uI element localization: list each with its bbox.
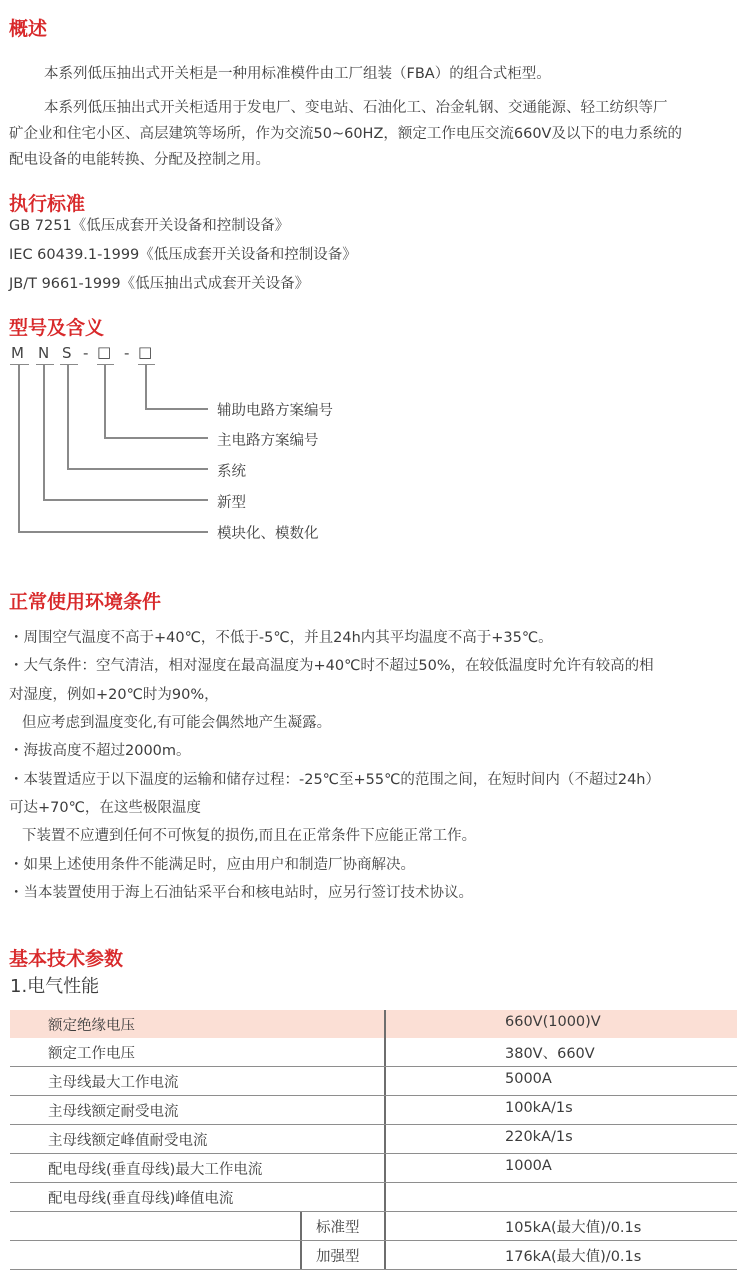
condition-line: ・周围空气温度不高于+40℃，不低于-5℃，并且24h内其平均温度不高于+35℃…	[9, 628, 553, 648]
model-code-diagram: M N S - □ - □ 辅助电路方案编号 主电路方案编号 系统 新型 模块化…	[0, 0, 750, 600]
column-divider	[384, 1010, 386, 1038]
row-label: 主母线最大工作电流	[48, 1071, 179, 1092]
underline	[36, 364, 54, 365]
condition-line: 下装置不应遭到任何不可恢复的损伤,而且在正常条件下应能正常工作。	[22, 826, 476, 846]
sub-column-divider	[300, 1241, 302, 1269]
params-subtitle: 1.电气性能	[10, 972, 99, 998]
condition-line: ・如果上述使用条件不能满足时，应由用户和制造厂协商解决。	[9, 855, 415, 875]
overview-heading: 概述	[9, 14, 47, 41]
table-row: 配电母线(垂直母线)峰值电流	[10, 1183, 737, 1212]
row-label: 主母线额定峰值耐受电流	[48, 1129, 208, 1150]
row-sub-label: 加强型	[316, 1245, 360, 1266]
column-divider	[384, 1067, 386, 1095]
condition-line: 但应考虑到温度变化,有可能会偶然地产生凝露。	[22, 713, 331, 733]
model-heading: 型号及含义	[9, 313, 104, 340]
table-row: 额定绝缘电压 660V(1000)V	[10, 1010, 737, 1038]
condition-line: ・本装置适应于以下温度的运输和储存过程：-25℃至+55℃的范围之间，在短时间内…	[9, 770, 660, 790]
code-letter-n: N	[38, 344, 49, 362]
row-label: 配电母线(垂直母线)峰值电流	[48, 1187, 233, 1208]
connector-line	[43, 499, 208, 501]
table-row: 额定工作电压 380V、660V	[10, 1038, 737, 1067]
column-divider	[384, 1096, 386, 1124]
condition-line: ・海拔高度不超过2000m。	[9, 741, 191, 761]
label-system: 系统	[217, 460, 246, 481]
label-main-circuit: 主电路方案编号	[217, 429, 319, 450]
connector-line	[145, 408, 208, 410]
table-row: 主母线最大工作电流 5000A	[10, 1067, 737, 1096]
column-divider	[384, 1154, 386, 1182]
row-label: 配电母线(垂直母线)最大工作电流	[48, 1158, 262, 1179]
row-label: 额定工作电压	[48, 1042, 135, 1063]
electrical-performance-table: 额定绝缘电压 660V(1000)V 额定工作电压 380V、660V 主母线最…	[10, 1010, 737, 1270]
underline	[10, 364, 29, 365]
column-divider	[384, 1212, 386, 1240]
code-box-aux-circuit: □	[138, 343, 152, 361]
connector-line	[104, 437, 208, 439]
underline	[138, 364, 155, 365]
overview-paragraph-1: 本系列低压抽出式开关柜是一种用标准模件由工厂组装（FBA）的组合式柜型。	[44, 64, 551, 84]
connector-line	[104, 365, 106, 438]
label-new-type: 新型	[217, 491, 246, 512]
connector-line	[43, 365, 45, 500]
row-value: 380V、660V	[505, 1042, 595, 1063]
row-value: 660V(1000)V	[505, 1014, 601, 1030]
condition-line: ・大气条件：空气清洁，相对湿度在最高温度为+40℃时不超过50%，在较低温度时允…	[9, 656, 654, 676]
connector-line	[18, 531, 208, 533]
code-box-main-circuit: □	[97, 343, 111, 361]
table-row: 主母线额定峰值耐受电流 220kA/1s	[10, 1125, 737, 1154]
underline	[97, 364, 114, 365]
column-divider	[384, 1125, 386, 1153]
conditions-heading: 正常使用环境条件	[9, 587, 161, 614]
overview-paragraph-2-cont: 矿企业和住宅小区、高层建筑等场所，作为交流50~60HZ，额定工作电压交流660…	[9, 124, 682, 144]
code-letter-s: S	[62, 344, 72, 362]
row-label: 主母线额定耐受电流	[48, 1100, 179, 1121]
table-row: 配电母线(垂直母线)最大工作电流 1000A	[10, 1154, 737, 1183]
standard-item: GB 7251《低压成套开关设备和控制设备》	[9, 216, 289, 236]
row-value: 1000A	[505, 1158, 552, 1174]
overview-paragraph-3: 配电设备的电能转换、分配及控制之用。	[9, 150, 270, 170]
row-value: 100kA/1s	[505, 1100, 573, 1116]
overview-paragraph-2: 本系列低压抽出式开关柜适用于发电厂、变电站、石油化工、冶金轧钢、交通能源、轻工纺…	[44, 98, 668, 118]
label-aux-circuit: 辅助电路方案编号	[217, 399, 333, 420]
connector-line	[145, 365, 147, 409]
code-dash: -	[83, 344, 88, 362]
condition-line: 对湿度，例如+20℃时为90%，	[9, 685, 219, 705]
code-dash: -	[124, 344, 129, 362]
standard-item: IEC 60439.1-1999《低压成套开关设备和控制设备》	[9, 245, 357, 265]
row-sub-label: 标准型	[316, 1216, 360, 1237]
row-value: 220kA/1s	[505, 1129, 573, 1145]
standards-heading: 执行标准	[9, 189, 85, 216]
column-divider	[384, 1241, 386, 1269]
underline	[60, 364, 78, 365]
row-value: 105kA(最大值)/0.1s	[505, 1216, 641, 1237]
table-row: 标准型 105kA(最大值)/0.1s	[10, 1212, 737, 1241]
connector-line	[67, 468, 208, 470]
connector-line	[18, 365, 20, 532]
params-heading: 基本技术参数	[9, 944, 123, 971]
table-row: 加强型 176kA(最大值)/0.1s	[10, 1241, 737, 1270]
row-value: 176kA(最大值)/0.1s	[505, 1245, 641, 1266]
column-divider	[384, 1038, 386, 1066]
label-modular: 模块化、模数化	[217, 522, 319, 543]
condition-line: ・当本装置使用于海上石油钻采平台和核电站时，应另行签订技术协议。	[9, 883, 473, 903]
standard-item: JB/T 9661-1999《低压抽出式成套开关设备》	[9, 274, 309, 294]
row-label: 额定绝缘电压	[48, 1014, 135, 1035]
sub-column-divider	[300, 1212, 302, 1240]
table-row: 主母线额定耐受电流 100kA/1s	[10, 1096, 737, 1125]
column-divider	[384, 1183, 386, 1211]
row-value: 5000A	[505, 1071, 552, 1087]
condition-line: 可达+70℃，在这些极限温度	[9, 798, 201, 818]
code-letter-m: M	[11, 344, 24, 362]
connector-line	[67, 365, 69, 469]
